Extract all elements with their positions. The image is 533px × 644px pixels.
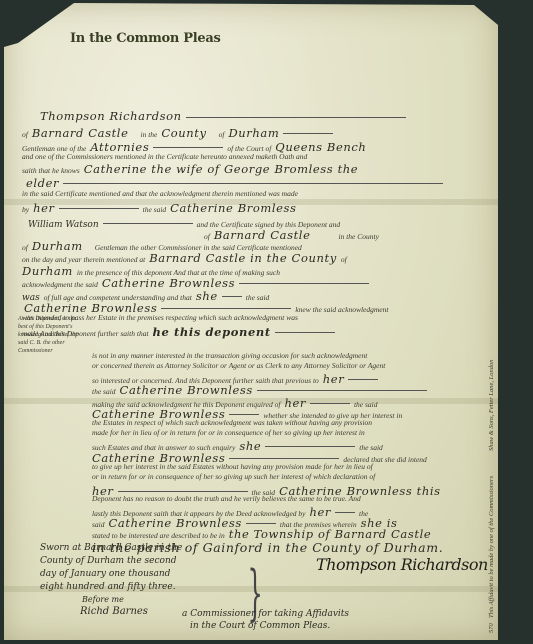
body-line: or concerned therein as Attorney Solicit… — [92, 361, 385, 370]
jurat-line: Sworn at Barnard Castle in the — [40, 543, 182, 553]
jurat-line: County of Durham the second — [40, 556, 177, 566]
jurat-line: day of January one thousand — [40, 569, 170, 579]
body-line: the Estates in respect of which such ack… — [92, 418, 372, 427]
printer-imprint: Shaw & Sons, Fetter Lane, London — [488, 359, 495, 451]
commissioner-title: a Commissioner for taking Affidavits — [182, 609, 349, 619]
body-line: is not in any manner interested in the t… — [92, 351, 367, 360]
before-me: Before me — [82, 595, 124, 604]
body-line: in the said Certificate mentioned and th… — [22, 189, 298, 198]
deponent-signature: Thompson Richardson — [316, 555, 488, 574]
court-title: In the Common Pleas — [70, 31, 221, 46]
form-number: 570 — [488, 623, 495, 633]
jurat-line: eight hundred and fifty three. — [40, 582, 176, 592]
commissioner-signature: Richd Barnes — [80, 606, 148, 617]
document-page: In the Common Pleas Thompson Richardson … — [4, 3, 498, 640]
side-instruction: This Affidavit to be made by one of the … — [488, 476, 495, 618]
body-line: to give up her interest in the said Esta… — [92, 462, 373, 471]
margin-note: As this Deponent, or the best of this De… — [18, 315, 80, 355]
body-line: or in return for or in consequence of he… — [92, 472, 375, 481]
body-line: Deponent has no reason to doubt the trut… — [92, 494, 361, 503]
deponent-name: Thompson Richardson — [40, 109, 406, 123]
body-line: made for her in lieu of or in return for… — [92, 428, 365, 437]
commissioner-title: in the Court of Common Pleas. — [190, 621, 330, 631]
